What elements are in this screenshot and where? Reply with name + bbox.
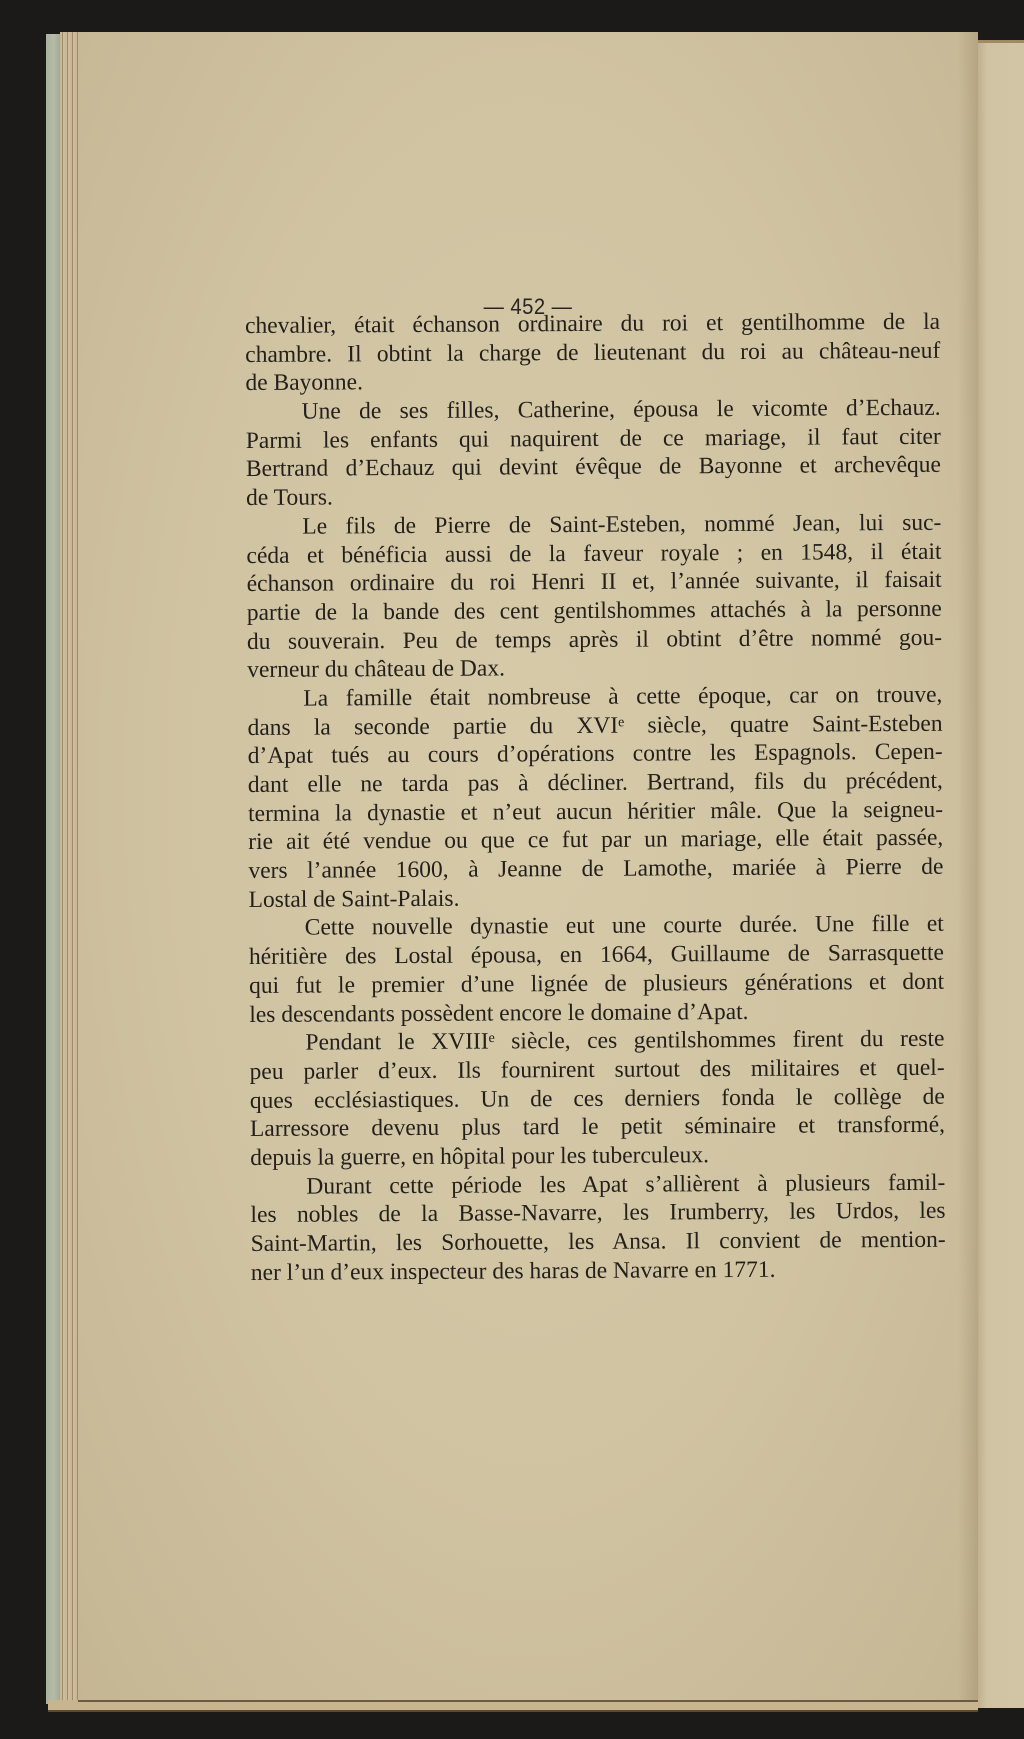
text-line: les nobles de la Basse-Navarre, les Irum… [250, 1197, 945, 1230]
text-line: Lostal de Saint-Palais. [249, 881, 944, 914]
text-line: La famille était nombreuse à cette époqu… [247, 681, 942, 714]
text-line: partie de la bande des cent gentilshomme… [247, 595, 942, 628]
paragraph: Durant cette période les Apat s’allièren… [250, 1168, 946, 1287]
paragraph: Pendant le XVIIIᵉ siècle, ces gentilshom… [249, 1025, 945, 1173]
text-line: peu parler d’eux. Ils fournirent surtout… [250, 1054, 945, 1087]
text-line: Cette nouvelle dynastie eut une courte d… [249, 910, 944, 943]
text-line: termina la dynastie et n’eut aucun hérit… [248, 795, 943, 828]
text-line: de Tours. [246, 480, 941, 513]
text-line: du souverain. Peu de temps après il obti… [247, 623, 942, 656]
text-line: ques ecclésiastiques. Un de ces derniers… [250, 1082, 945, 1115]
text-line: de Bayonne. [245, 365, 940, 398]
text-line: Parmi les enfants qui naquirent de ce ma… [246, 423, 941, 456]
text-line: Larressore devenu plus tard le petit sém… [250, 1111, 945, 1144]
text-line: ner l’un d’eux inspecteur des haras de N… [251, 1254, 946, 1287]
paragraph: Une de ses filles, Catherine, épousa le … [246, 394, 942, 513]
text-line: chambre. Il obtint la charge de lieutena… [245, 336, 940, 369]
page-leaf-stack [60, 32, 80, 1704]
paragraph: Cette nouvelle dynastie eut une courte d… [249, 910, 945, 1029]
text-line: céda et bénéficia aussi de la faveur roy… [246, 537, 941, 570]
text-line: Bertrand d’Echauz qui devint évêque de B… [246, 451, 941, 484]
text-line: Pendant le XVIIIᵉ siècle, ces gentilshom… [249, 1025, 944, 1058]
text-line: vers l’année 1600, à Jeanne de Lamothe, … [248, 853, 943, 886]
text-line: les descendants possèdent encore le doma… [249, 996, 944, 1029]
text-line: dans la seconde partie du XVIᵉ siècle, q… [247, 709, 942, 742]
text-line: dant elle ne tarda pas à décliner. Bertr… [248, 767, 943, 800]
text-line: échanson ordinaire du roi Henri II et, l… [247, 566, 942, 599]
page-body-text: chevalier, était échanson ordinaire du r… [245, 308, 946, 1288]
text-line: depuis la guerre, en hôpital pour les tu… [250, 1140, 945, 1173]
text-line: qui fut le premier d’une lignée de plusi… [249, 968, 944, 1001]
text-line: héritière des Lostal épousa, en 1664, Gu… [249, 939, 944, 972]
text-line: Le fils de Pierre de Saint-Esteben, nomm… [246, 509, 941, 542]
paragraph: chevalier, était échanson ordinaire du r… [245, 308, 941, 398]
text-line: rie ait été vendue ou que ce fut par un … [248, 824, 943, 857]
text-line: Saint-Martin, les Sorhouette, les Ansa. … [251, 1226, 946, 1259]
page-gutter-shadow [958, 32, 978, 1700]
text-line: Une de ses filles, Catherine, épousa le … [246, 394, 941, 427]
paragraph: La famille était nombreuse à cette époqu… [247, 681, 943, 915]
text-line: Durant cette période les Apat s’allièren… [250, 1168, 945, 1201]
adjacent-page-edge [975, 40, 1024, 1708]
text-line: chevalier, était échanson ordinaire du r… [245, 308, 940, 341]
text-line: verneur du château de Dax. [247, 652, 942, 685]
paragraph: Le fils de Pierre de Saint-Esteben, nomm… [246, 509, 942, 685]
text-line: d’Apat tués au cours d’opérations contre… [248, 738, 943, 771]
